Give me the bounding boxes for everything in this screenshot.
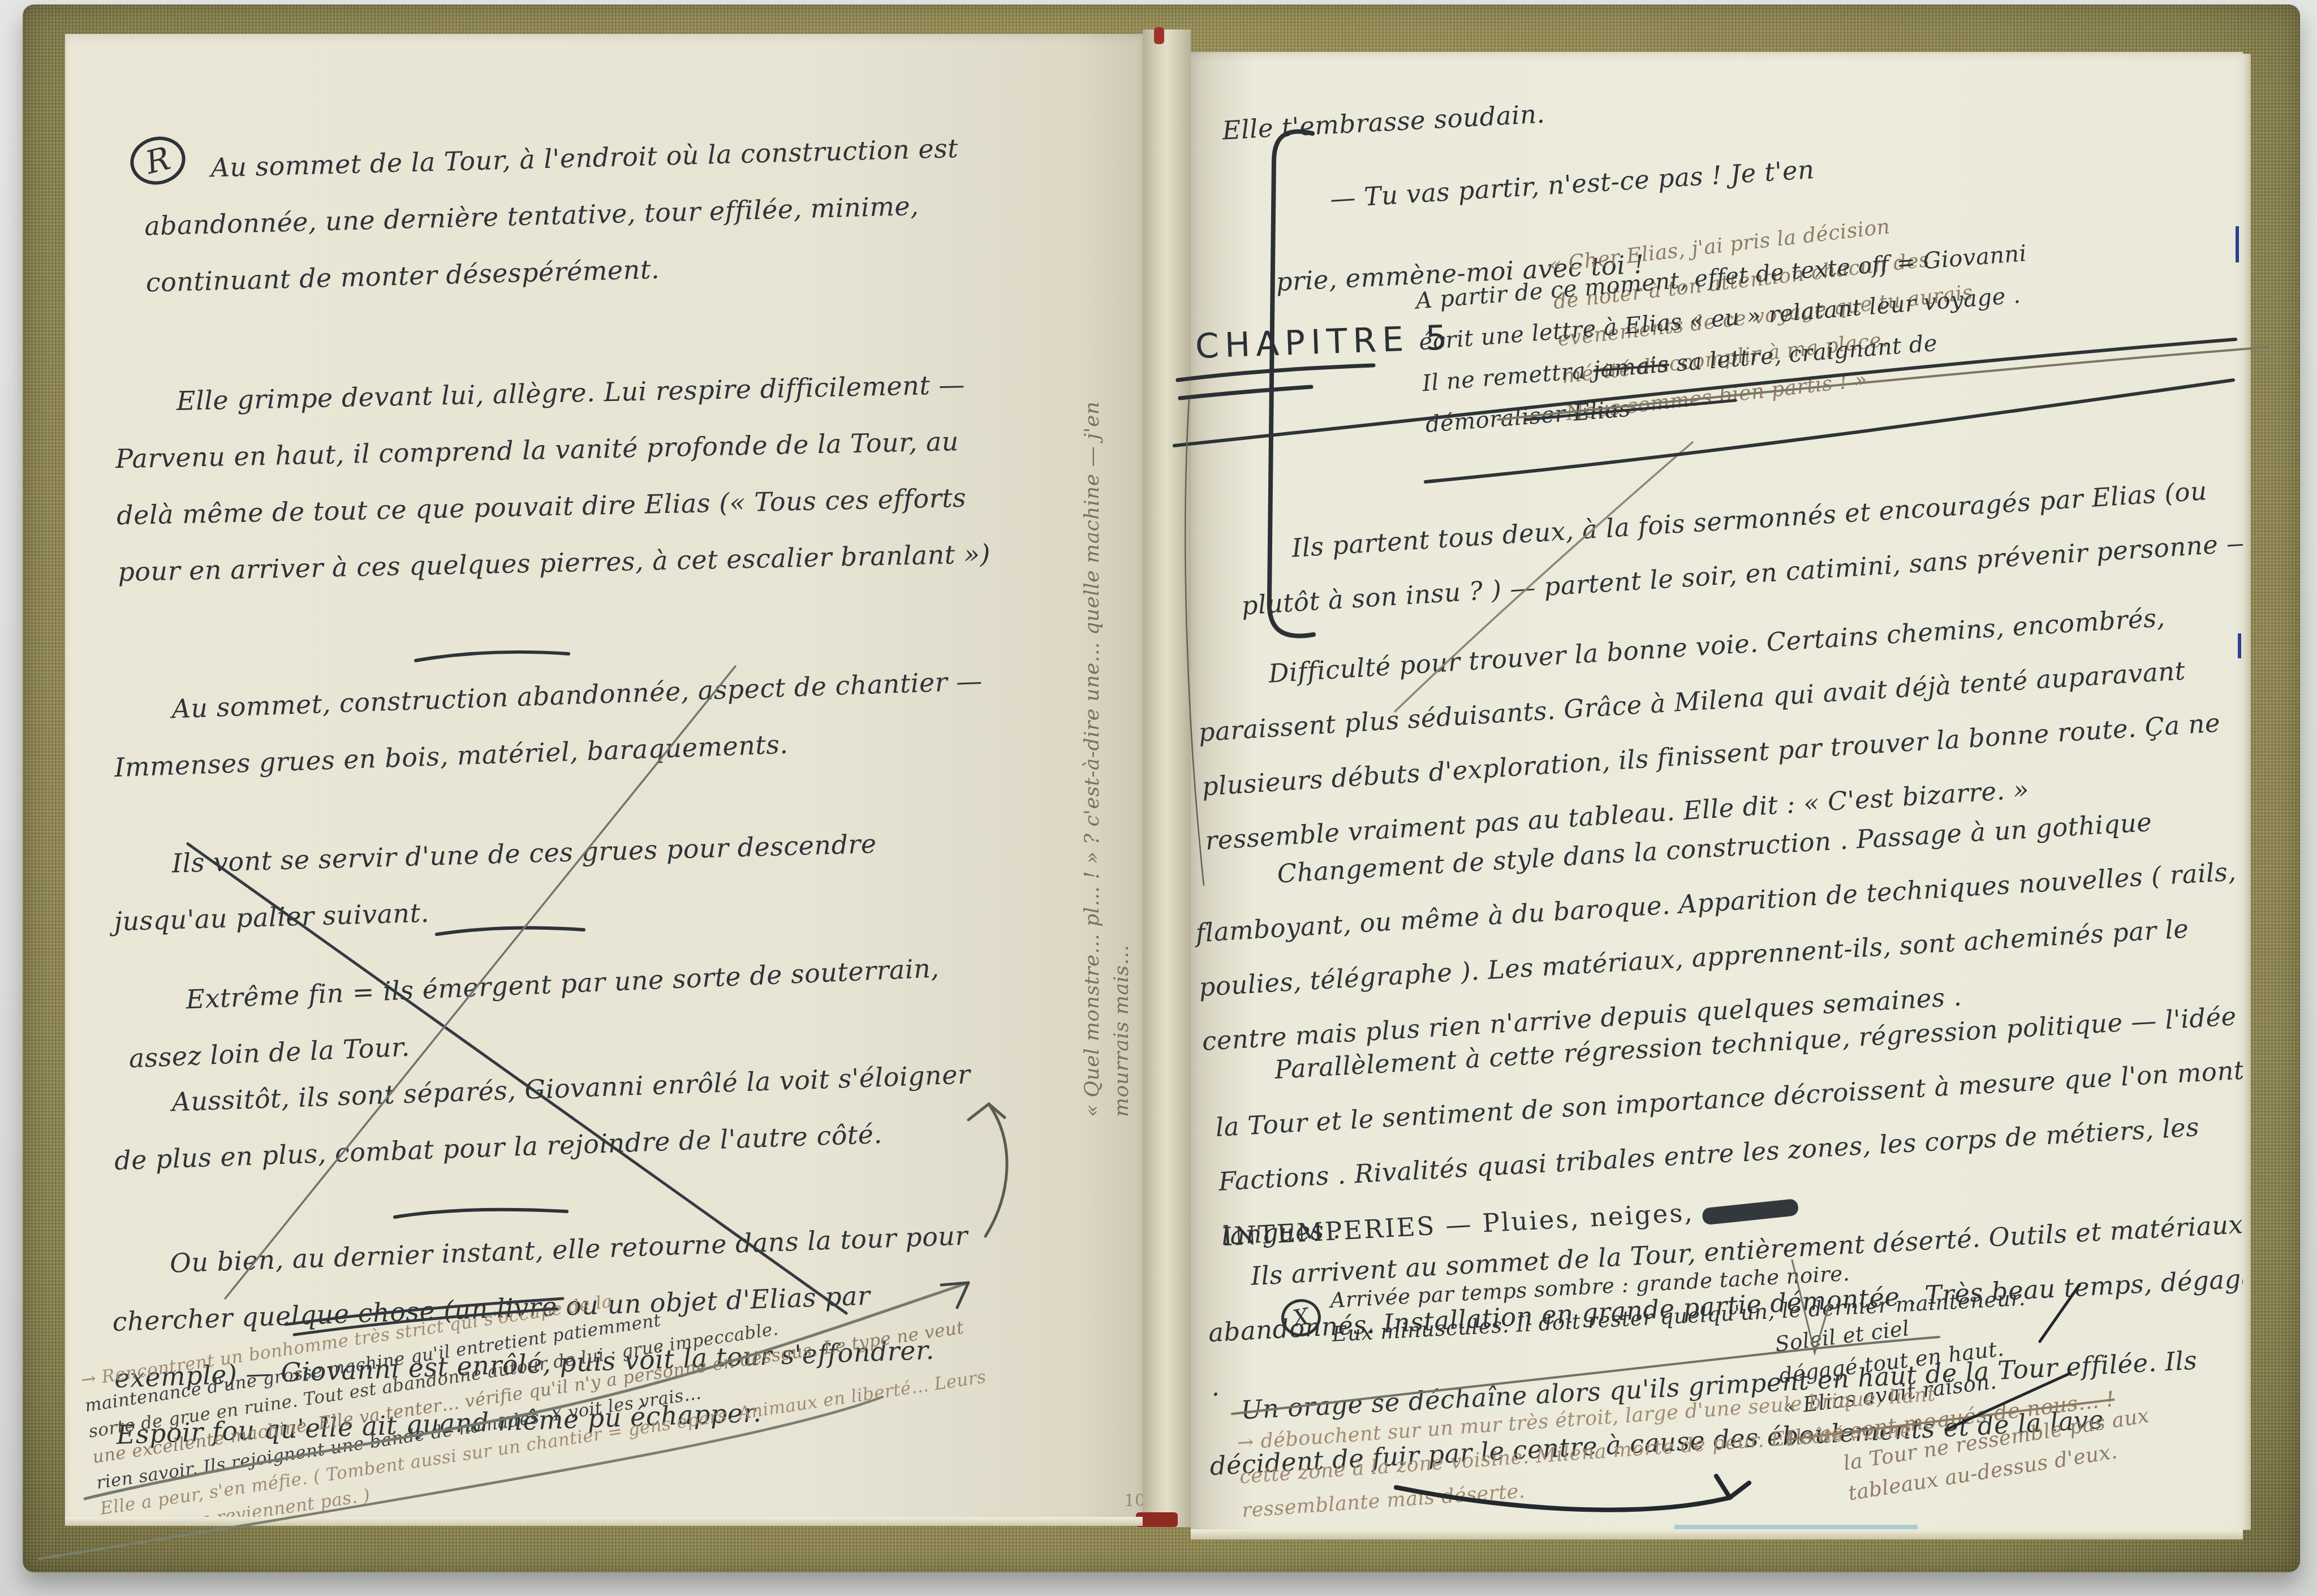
paragraph-sommet: Au sommet de la Tour, à l'endroit où la … bbox=[142, 119, 994, 310]
paragraph-grimpe: Elle grimpe devant lui, allègre. Lui res… bbox=[114, 356, 1001, 601]
note-off-segment: Il ne remettra bbox=[1421, 358, 1587, 397]
page-number: 10 bbox=[1124, 1491, 1143, 1511]
right-page: Elle t'embrasse soudain. — Tu vas partir… bbox=[1191, 52, 2243, 1529]
paragraph-grues: Ils vont se servir d'une de ces grues po… bbox=[112, 813, 980, 950]
marker-letter: X bbox=[1291, 1304, 1311, 1332]
vertical-margin-note: « Quel monstre… pl… ! » ? c'est-à-dire u… bbox=[1078, 359, 1136, 1117]
page-stack-edge bbox=[65, 1517, 1143, 1526]
page-stack-edge bbox=[2243, 54, 2251, 1530]
red-stitch-top bbox=[1154, 27, 1164, 44]
book-gutter bbox=[1143, 29, 1191, 1527]
paragraph-chantier: Au sommet, construction abandonnée, aspe… bbox=[111, 652, 997, 796]
blue-pen-mark-top bbox=[2236, 226, 2239, 262]
crossed-word: jamais bbox=[1592, 351, 1670, 383]
blue-pen-mark-mid bbox=[2238, 633, 2241, 658]
left-page: R Au sommet de la Tour, à l'endroit où l… bbox=[65, 34, 1143, 1517]
page-stack-edge bbox=[1191, 1529, 2243, 1539]
chapter-heading: CHAPITRE 5 bbox=[1195, 318, 1454, 366]
